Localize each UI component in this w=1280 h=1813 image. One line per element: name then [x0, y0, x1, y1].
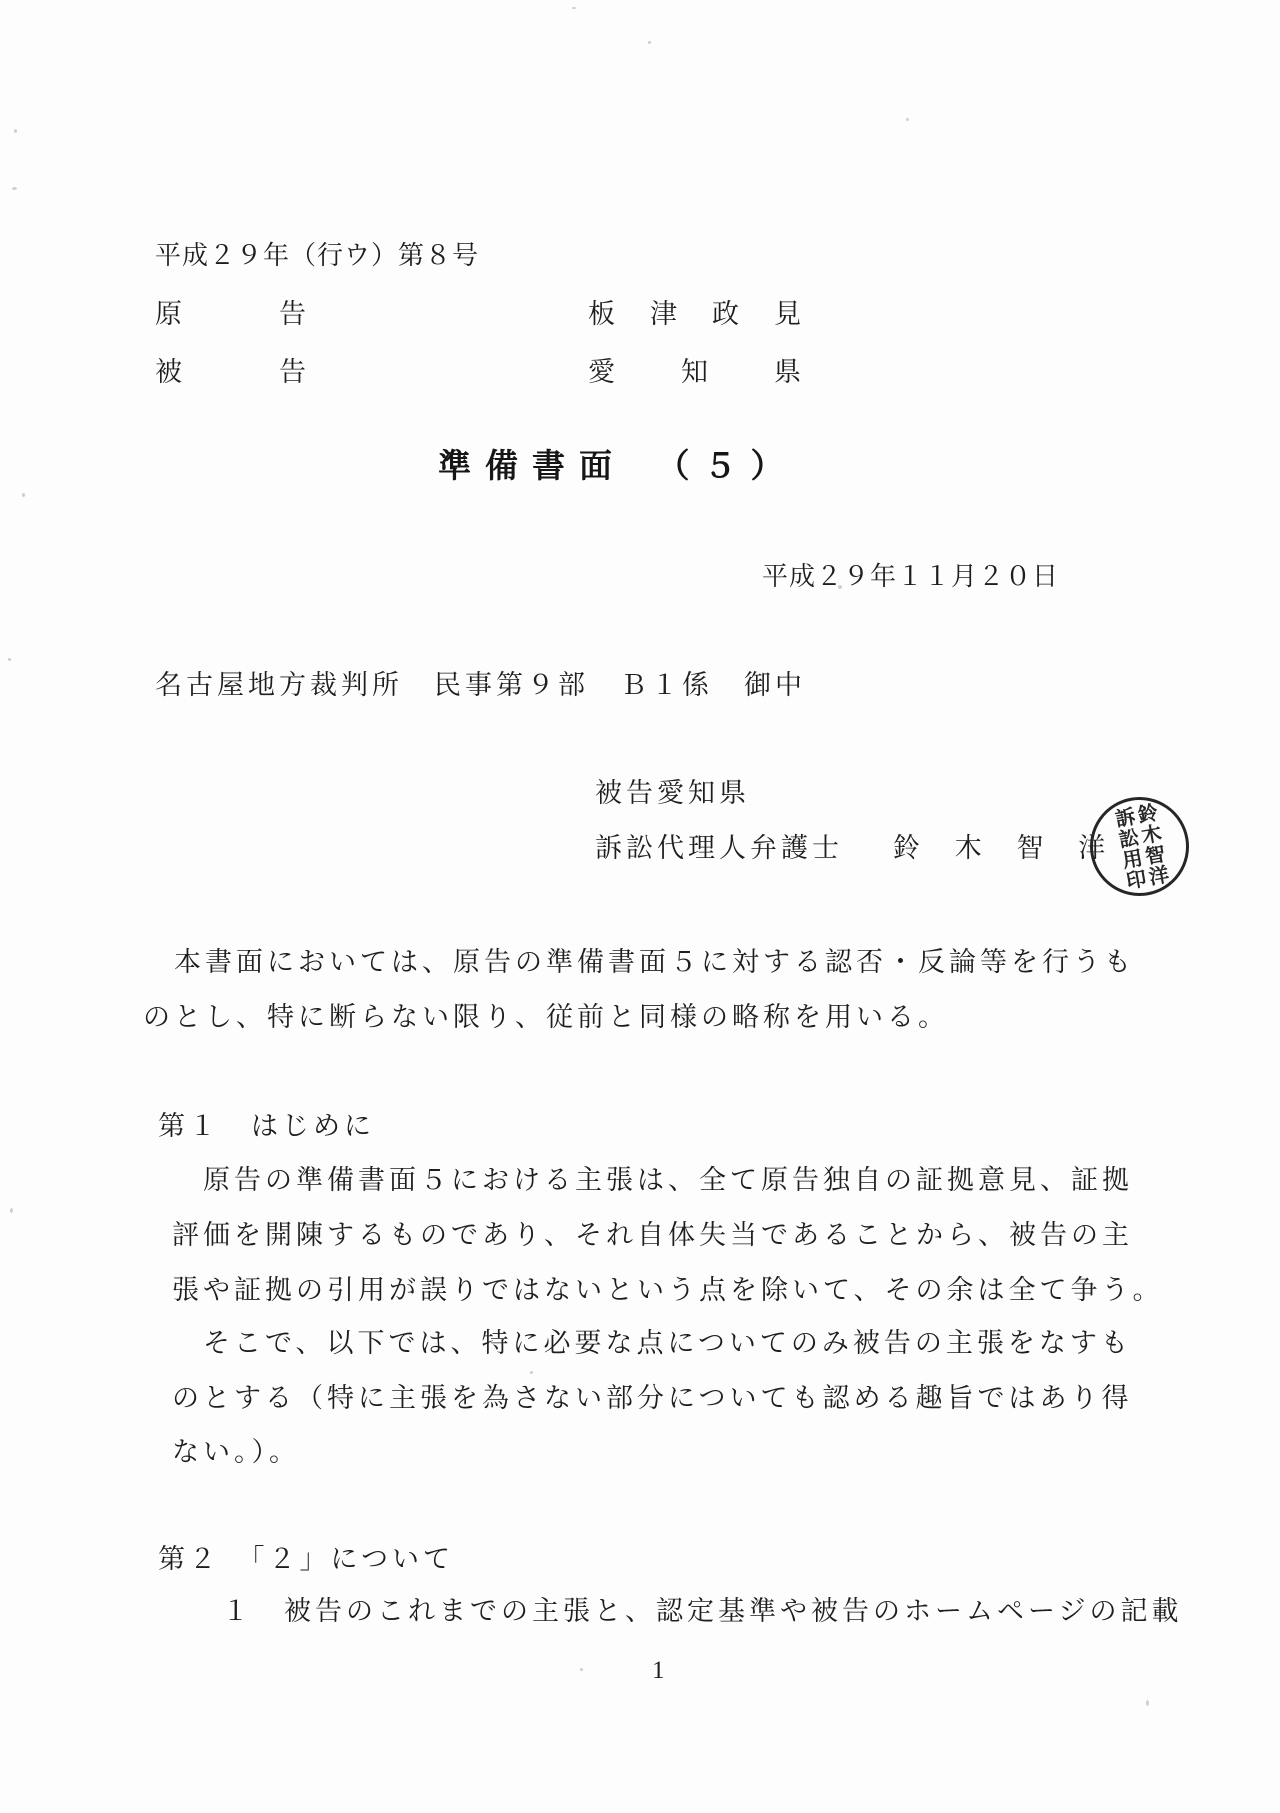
scan-speck: [580, 1668, 583, 1671]
page-number: 1: [652, 1658, 665, 1683]
court-address-line: 名古屋地方裁判所 民事第９部 Ｂ１係 御中: [155, 672, 806, 699]
document-page: 平成２９年（行ウ）第８号 原 告 板 津 政 見 被 告 愛 知 県 準備書面 …: [0, 0, 1280, 1813]
section-2-item-line: １ 被告のこれまでの主張と、認定基準や被告のホームページの記載: [222, 1598, 1182, 1625]
plaintiff-name: 板 津 政 見: [588, 301, 805, 328]
section-1-heading: 第１ はじめに: [158, 1113, 375, 1140]
scan-speck: [906, 118, 909, 121]
section-2-heading: 第２ 「２」について: [158, 1546, 454, 1573]
scan-speck: [1146, 1700, 1149, 1706]
section-1-line: そこで、以下では、特に必要な点についてのみ被告の主張をなすも: [172, 1330, 1132, 1357]
scan-speck: [8, 658, 11, 661]
scan-speck: [572, 7, 576, 9]
section-1-line: 評価を開陳するものであり、それ自体失当であることから、被告の主: [172, 1222, 1133, 1249]
section-1-line: 張や証拠の引用が誤りではないという点を除いて、その余は全て争う。: [172, 1277, 1163, 1304]
case-number: 平成２９年（行ウ）第８号: [155, 243, 479, 269]
document-title: 準備書面 （５）: [438, 451, 798, 484]
document-date: 平成２９年１１月２０日: [762, 564, 1059, 590]
scan-speck: [648, 41, 651, 44]
defendant-label: 被 告: [155, 359, 310, 386]
scan-speck: [838, 585, 842, 589]
signature-party: 被告愛知県: [595, 780, 750, 807]
scan-speck: [22, 493, 25, 497]
section-1-line: 原告の準備書面５における主張は、全て原告独自の証拠意見、証拠: [172, 1167, 1133, 1194]
defendant-name: 愛 知 県: [588, 359, 805, 386]
section-1-line: のとする（特に主張を為さない部分についても認める趣旨ではあり得: [172, 1385, 1132, 1412]
scan-speck: [14, 129, 17, 133]
attorney-seal-stamp: 鈴木智洋 訴訟用印: [1082, 789, 1197, 904]
scan-speck: [10, 1208, 13, 1213]
section-1-line: ない。）。: [172, 1439, 300, 1466]
attorney-name: 鈴 木 智 洋: [893, 835, 1119, 862]
intro-paragraph-line: 本書面においては、原告の準備書面５に対する認否・反論等を行うも: [143, 949, 1135, 976]
scan-speck: [530, 1371, 533, 1374]
intro-paragraph-line: のとし、特に断らない限り、従前と同様の略称を用いる。: [143, 1004, 949, 1031]
attorney-title: 訴訟代理人弁護士: [595, 835, 843, 862]
plaintiff-label: 原 告: [155, 301, 310, 328]
scan-speck: [12, 187, 17, 190]
